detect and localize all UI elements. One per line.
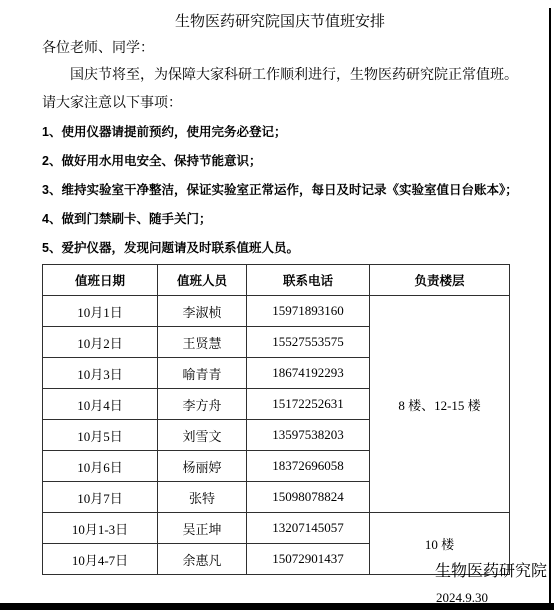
header-duty-date: 值班日期 (43, 265, 158, 296)
header-duty-person: 值班人员 (158, 265, 247, 296)
notice-lead: 请大家注意以下事项： (42, 94, 518, 113)
cell-date: 10月6日 (43, 451, 158, 482)
cell-person: 张特 (158, 482, 247, 513)
header-phone: 联系电话 (247, 265, 370, 296)
document-page: 生物医药研究院国庆节值班安排 各位老师、同学： 国庆节将至，为保障大家科研工作顺… (0, 0, 554, 575)
scan-edge-bottom-line (0, 603, 554, 610)
cell-person: 余惠凡 (158, 544, 247, 575)
table-row: 10月1-3日 吴正坤 13207145057 10 楼 (43, 513, 510, 544)
cell-date: 10月1-3日 (43, 513, 158, 544)
notice-item-2: 2、做好用水用电安全、保持节能意识； (42, 152, 518, 171)
cell-person: 刘雪文 (158, 420, 247, 451)
table-header-row: 值班日期 值班人员 联系电话 负责楼层 (43, 265, 510, 296)
cell-phone: 15971893160 (247, 296, 370, 327)
cell-date: 10月4日 (43, 389, 158, 420)
cell-person: 王贤慧 (158, 327, 247, 358)
page-title: 生物医药研究院国庆节值班安排 (42, 12, 518, 32)
intro-paragraph: 国庆节将至，为保障大家科研工作顺利进行，生物医药研究院正常值班。 (42, 66, 518, 85)
cell-person: 李淑桢 (158, 296, 247, 327)
cell-phone: 18372696058 (247, 451, 370, 482)
cell-floor-group-1: 8 楼、12-15 楼 (370, 296, 510, 513)
notice-item-5: 5、爱护仪器，发现问题请及时联系值班人员。 (42, 239, 518, 258)
cell-person: 喻青青 (158, 358, 247, 389)
signature-organization: 生物医药研究院 (435, 562, 547, 582)
notice-item-3: 3、维持实验室干净整洁，保证实验室正常运作，每日及时记录《实验室值日台账本》； (42, 181, 518, 200)
notice-item-1: 1、使用仪器请提前预约，使用完务必登记； (42, 123, 518, 142)
cell-phone: 13597538203 (247, 420, 370, 451)
cell-person: 杨丽婷 (158, 451, 247, 482)
cell-date: 10月4-7日 (43, 544, 158, 575)
header-floor: 负责楼层 (370, 265, 510, 296)
cell-date: 10月2日 (43, 327, 158, 358)
cell-date: 10月1日 (43, 296, 158, 327)
salutation-line: 各位老师、同学： (42, 39, 518, 58)
cell-phone: 15172252631 (247, 389, 370, 420)
cell-phone: 15072901437 (247, 544, 370, 575)
table-row: 10月1日 李淑桢 15971893160 8 楼、12-15 楼 (43, 296, 510, 327)
cell-phone: 15098078824 (247, 482, 370, 513)
cell-phone: 15527553575 (247, 327, 370, 358)
notice-item-4: 4、做到门禁刷卡、随手关门； (42, 210, 518, 229)
cell-person: 吴正坤 (158, 513, 247, 544)
duty-schedule-table: 值班日期 值班人员 联系电话 负责楼层 10月1日 李淑桢 1597189316… (42, 264, 510, 575)
cell-date: 10月5日 (43, 420, 158, 451)
cell-phone: 13207145057 (247, 513, 370, 544)
cell-phone: 18674192293 (247, 358, 370, 389)
scan-edge-right-line (549, 8, 551, 610)
cell-date: 10月3日 (43, 358, 158, 389)
cell-person: 李方舟 (158, 389, 247, 420)
cell-date: 10月7日 (43, 482, 158, 513)
